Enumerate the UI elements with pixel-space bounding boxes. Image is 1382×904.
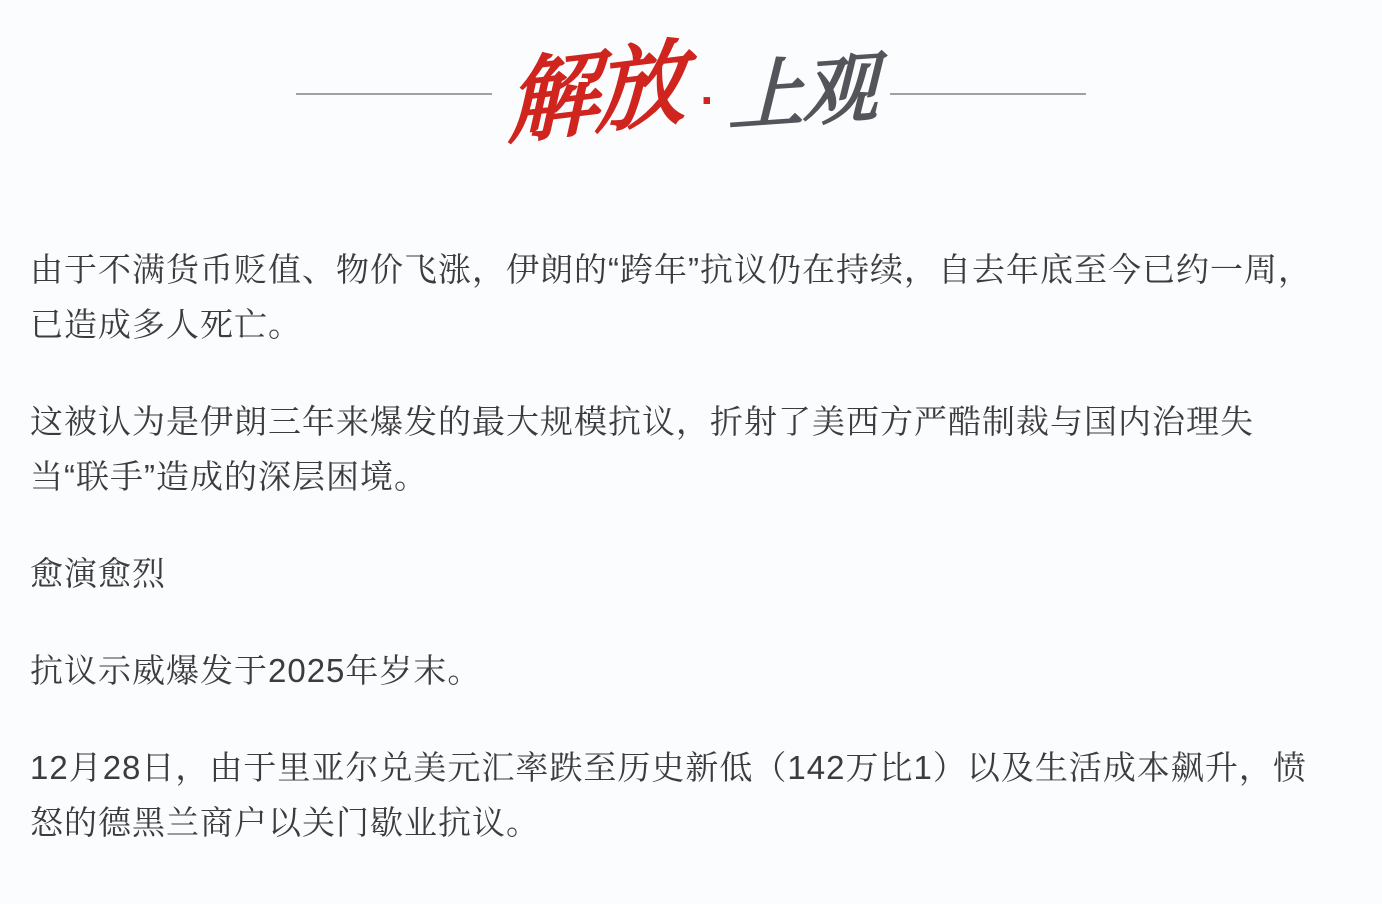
article-paragraph: 12月28日，由于里亚尔兑美元汇率跌至历史新低（142万比1）以及生活成本飙升，… bbox=[30, 740, 1312, 850]
article-body: 由于不满货币贬值、物价飞涨，伊朗的“跨年”抗议仍在持续，自去年底至今已约一周，已… bbox=[30, 242, 1312, 850]
brand-logo-dark-text: 上观 bbox=[728, 51, 876, 138]
masthead-rule-right bbox=[890, 93, 1086, 95]
article-paragraph: 愈演愈烈 bbox=[30, 546, 1312, 601]
masthead: 解放 · 上观 bbox=[0, 32, 1382, 156]
masthead-rule-left bbox=[296, 93, 492, 95]
brand-logo-dot: · bbox=[700, 73, 715, 127]
article-paragraph: 这被认为是伊朗三年来爆发的最大规模抗议，折射了美西方严酷制裁与国内治理失当“联手… bbox=[30, 394, 1312, 504]
brand-logo-red-text: 解放 bbox=[506, 37, 682, 151]
article-paragraph: 由于不满货币贬值、物价飞涨，伊朗的“跨年”抗议仍在持续，自去年底至今已约一周，已… bbox=[30, 242, 1312, 352]
article-paragraph: 抗议示威爆发于2025年岁末。 bbox=[30, 643, 1312, 698]
brand-logo: 解放 · 上观 bbox=[506, 48, 875, 140]
